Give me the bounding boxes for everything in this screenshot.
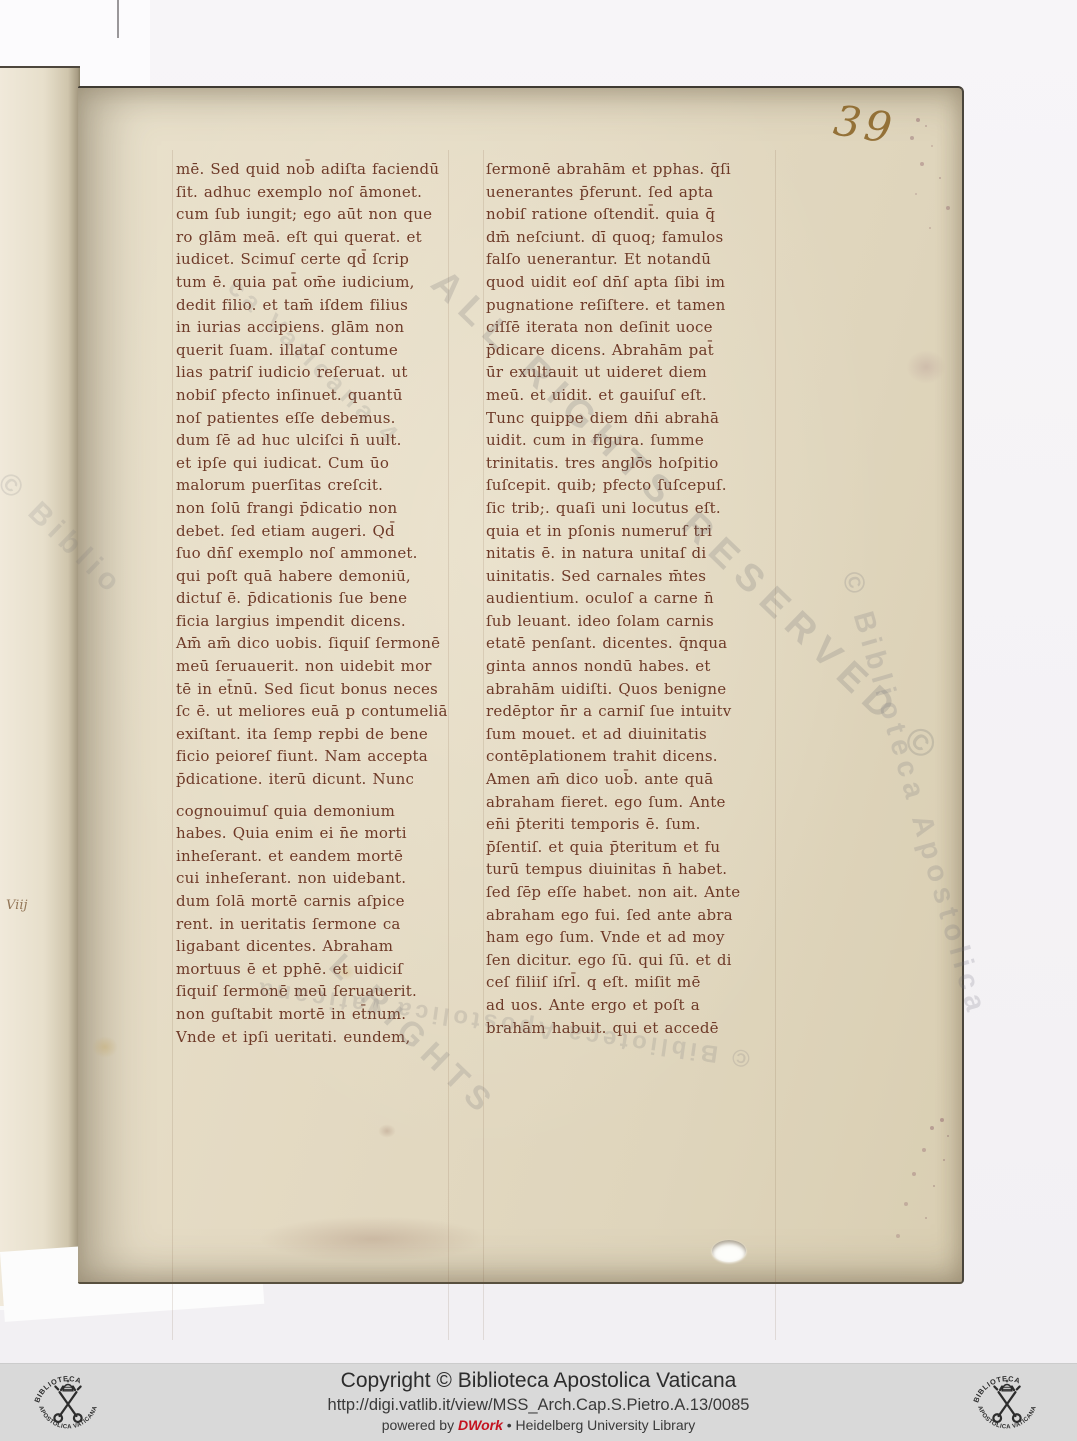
crossed-keys-icon <box>54 1387 81 1422</box>
dwork-brand: DWork <box>458 1417 503 1433</box>
ruling-line <box>172 150 173 1340</box>
manuscript-line: ſc ē. ut meliores euā p contumeliā <box>176 700 476 723</box>
manuscript-line: ſit. adhuc exemplo noſ āmonet. <box>176 181 476 204</box>
manuscript-line: rent. in ueritatis ſermone ca <box>176 913 476 936</box>
manuscript-line: ro glām meā. eſt qui querat. et <box>176 226 476 249</box>
manuscript-line: et ipſe qui iudicat. Cum ūo <box>176 452 476 475</box>
manuscript-line: uenerantes p̄ferunt. ſed apta <box>486 181 786 204</box>
manuscript-line: in iurias accipiens. glām non <box>176 316 476 339</box>
manuscript-line: ginta annos nondū habes. et <box>486 655 786 678</box>
emblem-text-bottom: APOSTOLICA VATICANA <box>976 1405 1038 1431</box>
manuscript-line: dm̄ neſciunt. dī quoq; famulos <box>486 226 786 249</box>
manuscript-line: abraham fieret. ego ſum. Ante <box>486 791 786 814</box>
powered-suffix: • Heidelberg University Library <box>503 1417 695 1433</box>
manuscript-line: cui inheſerant. non uidebant. <box>176 867 476 890</box>
manuscript-line: ficia largius impendit dicens. <box>176 610 476 633</box>
footer-copyright-line: Copyright © Biblioteca Apostolica Vatica… <box>0 1368 1077 1394</box>
manuscript-line: non ſolū frangi p̄dicatio non <box>176 497 476 520</box>
manuscript-line: exiſtant. ita ſemp repbi de bene <box>176 723 476 746</box>
manuscript-line: qui poſt quā habere demoniū, <box>176 565 476 588</box>
stain-speckles <box>940 1118 944 1122</box>
svg-text:APOSTOLICA VATICANA: APOSTOLICA VATICANA <box>37 1405 99 1431</box>
manuscript-line: ham ego ſum. Vnde et ad moy <box>486 926 786 949</box>
manuscript-line: noſ patientes eſſe debemus. <box>176 407 476 430</box>
manuscript-line: quod uidit eoſ dn̄ſ apta ſibi im <box>486 271 786 294</box>
manuscript-line: cognouimuſ quia demonium <box>176 800 476 823</box>
folio-number: 39 <box>831 95 899 153</box>
stain-speckles <box>916 118 920 122</box>
manuscript-line: p̄dicatione. iterū dicunt. Nunc <box>176 768 476 791</box>
manuscript-line: ſuo dn̄ſ exemplo noſ ammonet. <box>176 542 476 565</box>
manuscript-line: Am̄ am̄ dico uobis. ſiquiſ ſermonē <box>176 632 476 655</box>
manuscript-line: p̄ſentiſ. et quia p̄teritum et fu <box>486 836 786 859</box>
stain-spot <box>906 350 946 384</box>
manuscript-line: mē. Sed quid nob̄ adiſta faciendū <box>176 158 476 181</box>
parchment-hole <box>712 1240 746 1262</box>
manuscript-line: meū ſeruauerit. non uidebit mor <box>176 655 476 678</box>
manuscript-line: tē in et̄nū. Sed ſicut bonus neces <box>176 678 476 701</box>
manuscript-line: nobiſ ratione oſtendit̄. quia q̄ <box>486 203 786 226</box>
stain-spot <box>378 1124 396 1138</box>
facing-page-edge <box>0 66 80 1306</box>
manuscript-line: ſub leuant. ideo ſolam carnis <box>486 610 786 633</box>
manuscript-line: Tunc quippe diem dn̄i abrahā <box>486 407 786 430</box>
vatican-library-logo-right: BIBLIOTECA APOSTOLICA VATICANA <box>972 1367 1042 1437</box>
manuscript-line: debet. ſed etiam augeri. Qd̄ <box>176 520 476 543</box>
manuscript-line: dictuſ ē. p̄dicationis ſue bene <box>176 587 476 610</box>
manuscript-line: ſermonē abrahām et pphas. q̄ſi <box>486 158 786 181</box>
crossed-keys-icon <box>993 1387 1020 1422</box>
stain-spot <box>92 1036 118 1058</box>
manuscript-line: malorum puerſitas creſcit. <box>176 474 476 497</box>
manuscript-line: ſed ſēp eſſe habet. non ait. Ante <box>486 881 786 904</box>
manuscript-line: quia et in pſonis numeruſ tri <box>486 520 786 543</box>
manuscript-line: ficio peioreſ fiunt. Nam accepta <box>176 745 476 768</box>
manuscript-line: pugnatione reſiſtere. et tamen <box>486 294 786 317</box>
manuscript-line: ſen dicitur. ego ſū. qui ſū. et di <box>486 949 786 972</box>
manuscript-line: dum ſolā mortē carnis aſpice <box>176 890 476 913</box>
emblem-text-bottom: APOSTOLICA VATICANA <box>37 1405 99 1431</box>
manuscript-line: en̄i p̄teriti temporis ē. ſum. <box>486 813 786 836</box>
page-crease-line <box>117 0 119 38</box>
vatican-library-logo-left: BIBLIOTECA APOSTOLICA VATICANA <box>33 1367 103 1437</box>
manuscript-line: ſum mouet. et ad diuinitatis <box>486 723 786 746</box>
manuscript-line: habes. Quia enim ei n̄e morti <box>176 822 476 845</box>
manuscript-line: turū tempus diuinitas n̄ habet. <box>486 858 786 881</box>
manuscript-line: iudicet. Scimuſ certe qd̄ ſcrip <box>176 248 476 271</box>
manuscript-line: falſo uenerantur. Et notandū <box>486 248 786 271</box>
powered-prefix: powered by <box>382 1417 458 1433</box>
manuscript-line: redēptor n̄r a carniſ ſue intuitv <box>486 700 786 723</box>
footer-text-block: Copyright © Biblioteca Apostolica Vatica… <box>0 1368 1077 1435</box>
footer-url-line: http://digi.vatlib.it/view/MSS_Arch.Cap.… <box>0 1394 1077 1416</box>
svg-text:APOSTOLICA VATICANA: APOSTOLICA VATICANA <box>976 1405 1038 1431</box>
stain-smudge <box>258 1216 488 1262</box>
manuscript-line: ceſ filiiſ iſrl̄. q eſt. miſit mē <box>486 971 786 994</box>
manuscript-line: abraham ego fui. ſed ante abra <box>486 904 786 927</box>
quire-mark: Viij <box>6 898 28 913</box>
manuscript-line: cum ſub iungit; ego aūt non que <box>176 203 476 226</box>
scanned-manuscript-viewer: mē. Sed quid nob̄ adiſta faciendūſit. ad… <box>0 0 1077 1441</box>
scan-area: mē. Sed quid nob̄ adiſta faciendūſit. ad… <box>0 0 1077 1363</box>
manuscript-line: ligabant dicentes. Abraham <box>176 935 476 958</box>
manuscript-line: ciſſē iterata non deſinit uoce <box>486 316 786 339</box>
manuscript-line: etatē penſant. dicentes. q̄nqua <box>486 632 786 655</box>
manuscript-line: dum ſē ad huc ulciſci n̄ uult. <box>176 429 476 452</box>
footer-powered-line: powered by DWork • Heidelberg University… <box>0 1416 1077 1435</box>
manuscript-line: inheſerant. et eandem mortē <box>176 845 476 868</box>
manuscript-line: abrahām uidiſti. Quos benigne <box>486 678 786 701</box>
footer-bar: Copyright © Biblioteca Apostolica Vatica… <box>0 1363 1077 1441</box>
manuscript-line: contēplationem trahit dicens. <box>486 745 786 768</box>
manuscript-line: Amen am̄ dico uob̄. ante quā <box>486 768 786 791</box>
